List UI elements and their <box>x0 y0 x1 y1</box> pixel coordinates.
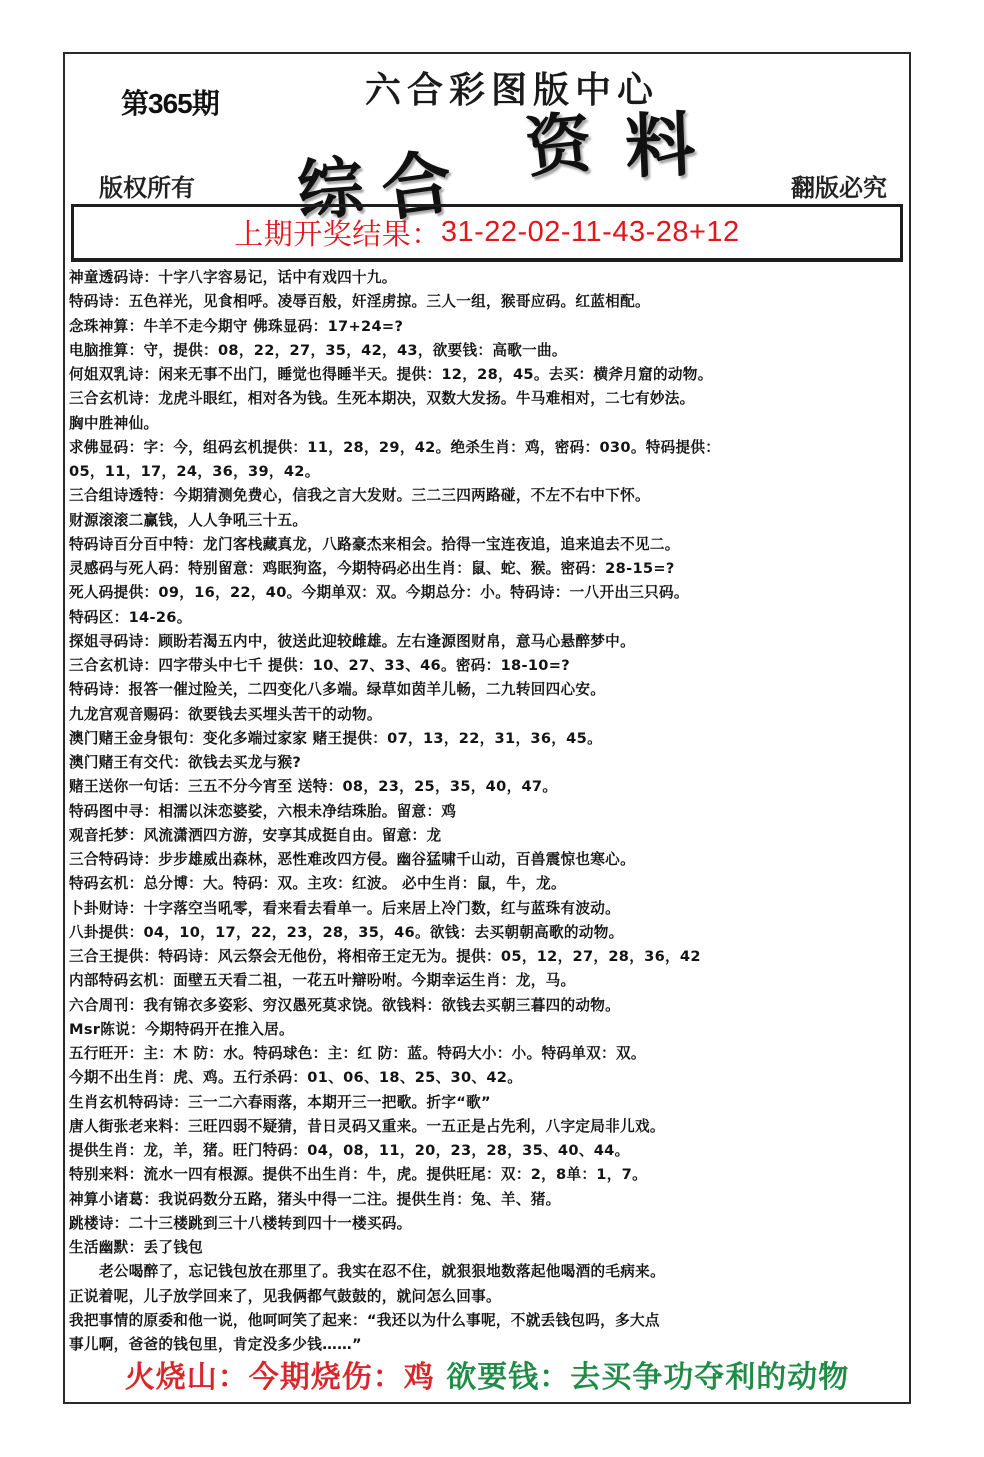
issue-number: 第365期 <box>121 82 219 122</box>
text-line: 生肖玄机特码诗：三一二六春雨落，本期开三一把歌。折字“歌” <box>69 1091 907 1115</box>
story-line: 老公喝醉了，忘记钱包放在那里了。我实在忍不住，就狠狠地数落起他喝酒的毛病来。 <box>69 1260 907 1284</box>
footer-want-money: 欲要钱：去买争功夺利的动物 <box>446 1360 849 1395</box>
big-title-char: 料 <box>623 89 696 192</box>
text-line: 今期不出生肖：虎、鸡。五行杀码：01、06、18、25、30、42。 <box>69 1066 907 1090</box>
last-result-numbers: 31-22-02-11-43-28+12 <box>441 216 740 249</box>
copyright-note: 版权所有 <box>99 168 195 203</box>
text-line: 特码诗：五色祥光，见食相呼。凌辱百般，奸淫虏掠。三人一组，猴哥应码。红蓝相配。 <box>69 290 907 314</box>
text-line: 生活幽默：丢了钱包 <box>69 1236 907 1260</box>
text-line: 赌王送你一句话：三五不分今宵至 送特：08，23，25，35，40，47。 <box>69 775 907 799</box>
text-line: 死人码提供：09，16，22，40。今期单双：双。今期总分：小。特码诗：一八开出… <box>69 581 907 605</box>
text-line: 澳门赌王金身银句：变化多端过家家 赌王提供：07，13，22，31，36，45。 <box>69 727 907 751</box>
center-title: 六合彩图版中心 <box>365 62 659 113</box>
text-line: 求佛显码：字：今，组码玄机提供：11，28，29，42。绝杀生肖：鸡，密码：03… <box>69 436 907 460</box>
big-title-char: 资 <box>520 89 596 190</box>
text-line: 三合玄机诗：四字带头中七千 提供：10、27、33、46。密码：18-10=? <box>69 654 907 678</box>
text-line: 胸中胜神仙。 <box>69 412 907 436</box>
text-line: 特码玄机：总分博：大。特码：双。主攻：红波。 必中生肖：鼠，牛，龙。 <box>69 872 907 896</box>
footer-fire-mountain: 火烧山：今期烧伤：鸡 <box>125 1360 435 1395</box>
text-line: 特码区：14-26。 <box>69 606 907 630</box>
text-line: 灵感码与死人码：特别留意：鸡眠狗盗，今期特码必出生肖：鼠、蛇、猴。密码：28-1… <box>69 557 907 581</box>
text-line: 探姐寻码诗：顾盼若渴五内中，彼送此迎较雌雄。左右逢源图财帛，意马心悬醉梦中。 <box>69 630 907 654</box>
text-line: 卜卦财诗：十字落空当吼零，看来看去看单一。后来居上冷门数，红与蓝珠有波动。 <box>69 897 907 921</box>
last-result-label: 上期开奖结果： <box>234 212 441 253</box>
text-line: 神算小诸葛：我说码数分五路，猪头中得一二注。提供生肖：兔、羊、猪。 <box>69 1188 907 1212</box>
text-line: 电脑推算：守，提供：08，22，27，35，42，43，欲要钱：高歌一曲。 <box>69 339 907 363</box>
text-line: 特码诗百分百中特：龙门客栈藏真龙，八路豪杰来相会。拾得一宝连夜追，追来追去不见二… <box>69 533 907 557</box>
text-line: 特码图中寻：相濡以沫恋婆娑，六根未净结珠胎。留意：鸡 <box>69 800 907 824</box>
text-line: 六合周刊：我有锦衣多姿彩、穷汉愚死莫求饶。欲钱料：欲钱去买朝三暮四的动物。 <box>69 994 907 1018</box>
content-body: 神童透码诗：十字八字容易记，话中有戏四十九。特码诗：五色祥光，见食相呼。凌辱百般… <box>69 266 907 1357</box>
footer-banner: 火烧山：今期烧伤：鸡 欲要钱：去买争功夺利的动物 <box>65 1352 909 1396</box>
text-line: 神童透码诗：十字八字容易记，话中有戏四十九。 <box>69 266 907 290</box>
text-line: 内部特码玄机：面壁五天看二祖，一花五叶辯吩咐。今期幸运生肖：龙，马。 <box>69 969 907 993</box>
text-line: 八卦提供：04，10，17，22，23，28，35，46。欲钱：去买朝朝高歌的动… <box>69 921 907 945</box>
story-paragraph: 老公喝醉了，忘记钱包放在那里了。我实在忍不住，就狠狠地数落起他喝酒的毛病来。正说… <box>69 1260 907 1357</box>
text-line: 三合组诗透特：今期猜测免费心，信我之言大发财。三二三四两路碰，不左不右中下怀。 <box>69 484 907 508</box>
piracy-note: 翻版必究 <box>791 168 887 203</box>
text-line: 跳楼诗：二十三楼跳到三十八楼转到四十一楼买码。 <box>69 1212 907 1236</box>
text-line: 五行旺开：主：木 防：水。特码球色：主：红 防：蓝。特码大小：小。特码单双：双。 <box>69 1042 907 1066</box>
text-line: 唐人街张老来料：三旺四弱不疑猜，昔日灵码又重来。一五正是占先利，八字定局非儿戏。 <box>69 1115 907 1139</box>
text-line: 三合玄机诗：龙虎斗眼红，相对各为钱。生死本期决，双数大发扬。牛马难相对，二七有妙… <box>69 387 907 411</box>
text-line: 财源滚滚二赢钱，人人争吼三十五。 <box>69 509 907 533</box>
text-lines: 神童透码诗：十字八字容易记，话中有戏四十九。特码诗：五色祥光，见食相呼。凌辱百般… <box>69 266 907 1260</box>
text-line: 澳门赌王有交代：欲钱去买龙与猴? <box>69 751 907 775</box>
text-line: 三合王提供：特码诗：风云祭会无他份，将相帝王定无为。提供：05，12，27，28… <box>69 945 907 969</box>
text-line: 特码诗：报答一催过险关，二四变化八多端。绿草如茵羊儿畅，二九转回四心安。 <box>69 678 907 702</box>
text-line: Msr陈说：今期特码开在推入居。 <box>69 1018 907 1042</box>
text-line: 05，11，17，24，36，39，42。 <box>69 460 907 484</box>
story-line: 我把事情的原委和他一说，他呵呵笑了起来：“我还以为什么事呢，不就丢钱包吗，多大点 <box>69 1309 907 1333</box>
last-result-box: 上期开奖结果： 31-22-02-11-43-28+12 <box>71 204 903 262</box>
document-frame: 第365期 六合彩图版中心 综 合 资 料 版权所有 翻版必究 上期开奖结果： … <box>63 52 911 1404</box>
text-line: 念珠神算：牛羊不走今期守 佛珠显码：17+24=? <box>69 315 907 339</box>
text-line: 提供生肖：龙，羊，猪。旺门特码：04，08，11，20，23，28，35、40、… <box>69 1139 907 1163</box>
text-line: 何姐双乳诗：闲来无事不出门，睡觉也得睡半天。提供：12，28，45。去买：横斧月… <box>69 363 907 387</box>
text-line: 观音托梦：风流潇洒四方游，安享其成挺自由。留意：龙 <box>69 824 907 848</box>
text-line: 三合特码诗：步步雄威出森林，恶性难改四方侵。幽谷猛啸千山动，百兽震惊也寒心。 <box>69 848 907 872</box>
story-line: 正说着呢，儿子放学回来了，见我俩都气鼓鼓的，就问怎么回事。 <box>69 1285 907 1309</box>
text-line: 特别来料：流水一四有根源。提供不出生肖：牛，虎。提供旺尾：双：2，8单：1，7。 <box>69 1163 907 1187</box>
text-line: 九龙宫观音赐码：欲要钱去买埋头苦干的动物。 <box>69 703 907 727</box>
